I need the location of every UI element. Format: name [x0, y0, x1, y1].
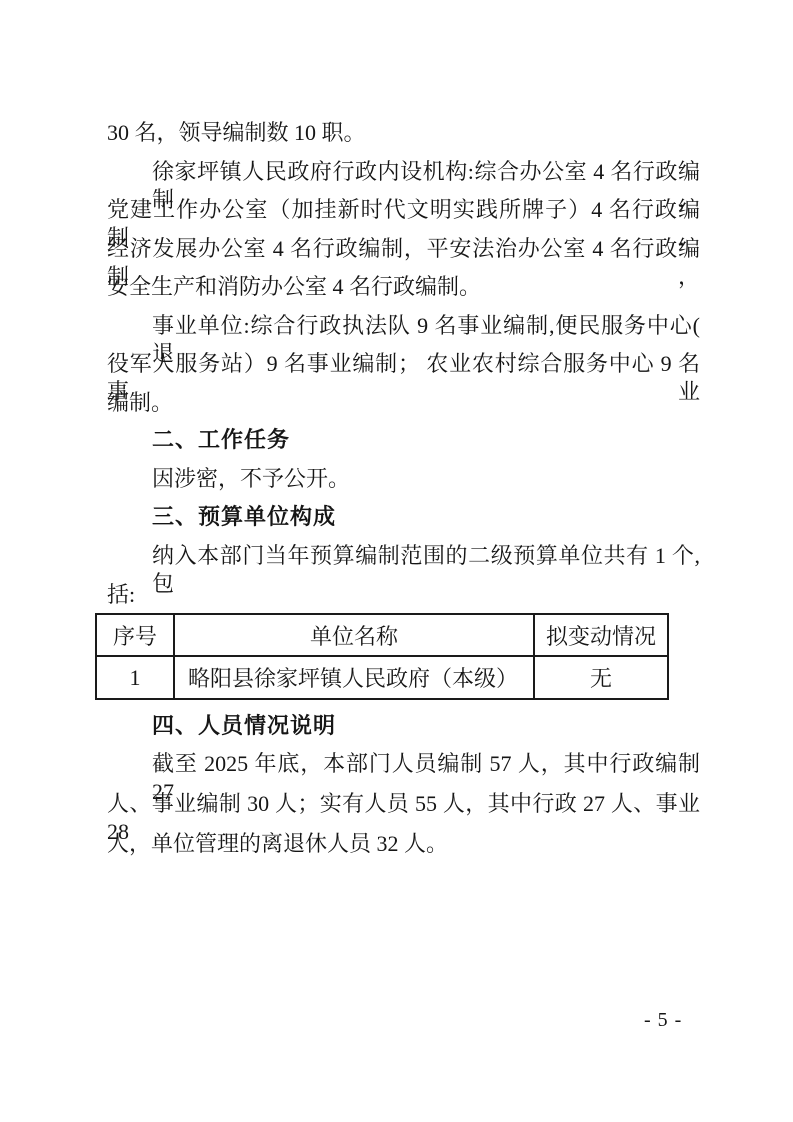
- section-heading-work-tasks: 二、工作任务: [107, 426, 700, 454]
- table-header-index: 序号: [96, 614, 174, 656]
- table-cell-change: 无: [534, 656, 668, 699]
- para-organization-line-1: 30 名，领导编制数 10 职。: [107, 119, 700, 147]
- table-cell-index: 1: [96, 656, 174, 699]
- table-header-row: 序号 单位名称 拟变动情况: [96, 614, 668, 656]
- budget-units-table: 序号 单位名称 拟变动情况 1 略阳县徐家坪镇人民政府（本级） 无: [95, 613, 669, 700]
- page-number: - 5 -: [644, 1009, 682, 1032]
- table-header-change: 拟变动情况: [534, 614, 668, 656]
- table-cell-unit-name: 略阳县徐家坪镇人民政府（本级）: [174, 656, 534, 699]
- table-header-unit-name: 单位名称: [174, 614, 534, 656]
- para-institutions-line-3: 编制。: [107, 389, 700, 417]
- para-work-tasks-line-1: 因涉密，不予公开。: [107, 465, 700, 493]
- para-budget-units-line-2: 括:: [107, 581, 700, 609]
- table-row: 1 略阳县徐家坪镇人民政府（本级） 无: [96, 656, 668, 699]
- para-staff-line-3: 人，单位管理的离退休人员 32 人。: [107, 830, 700, 858]
- section-heading-budget-units: 三、预算单位构成: [107, 503, 700, 531]
- para-organization-line-5: 安全生产和消防办公室 4 名行政编制。: [107, 273, 700, 301]
- section-heading-staff: 四、人员情况说明: [107, 712, 700, 740]
- document-page: 30 名，领导编制数 10 职。 徐家坪镇人民政府行政内设机构:综合办公室 4 …: [0, 0, 793, 1122]
